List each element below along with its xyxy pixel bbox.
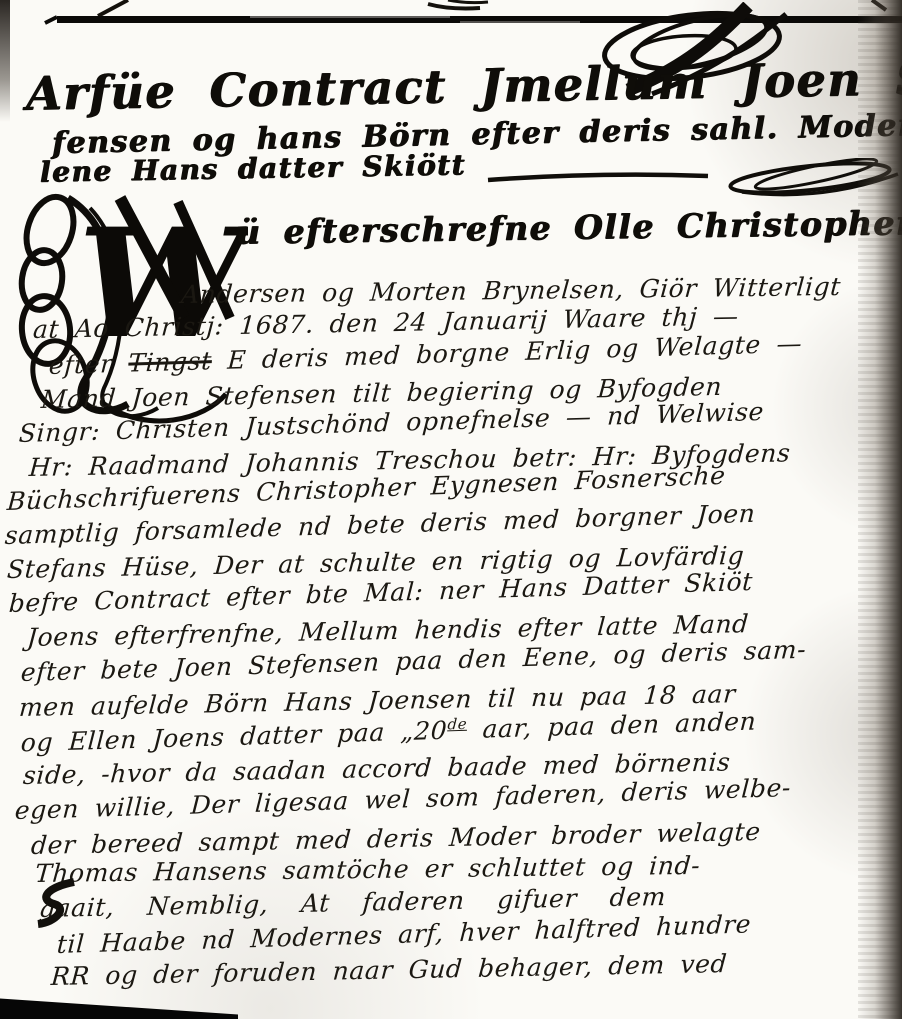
line-pre: og Ellen Joens datter paa „20 [20, 716, 448, 758]
superscript-ordinal: de [447, 715, 468, 734]
title-line-1: Arfüe Contract Jmellum Joen Stef. [26, 49, 902, 120]
opening-line: ü efterschrefne Olle Christophersen og M… [236, 199, 902, 251]
scan-edge-strip [0, 0, 10, 122]
line-prefix: efter [48, 349, 129, 380]
page-corner-fold [0, 994, 238, 1019]
title-underline-dash [480, 158, 902, 200]
binding-shadow [858, 0, 902, 1019]
margin-paraph-stroke [34, 878, 84, 928]
manuscript-page: Arfüe Contract Jmellum Joen Stef. fensen… [0, 0, 902, 1019]
manuscript-line: Andersen og Morten Brynelsen, Giör Witte… [180, 273, 842, 310]
struck-word: Tingst [128, 346, 213, 377]
